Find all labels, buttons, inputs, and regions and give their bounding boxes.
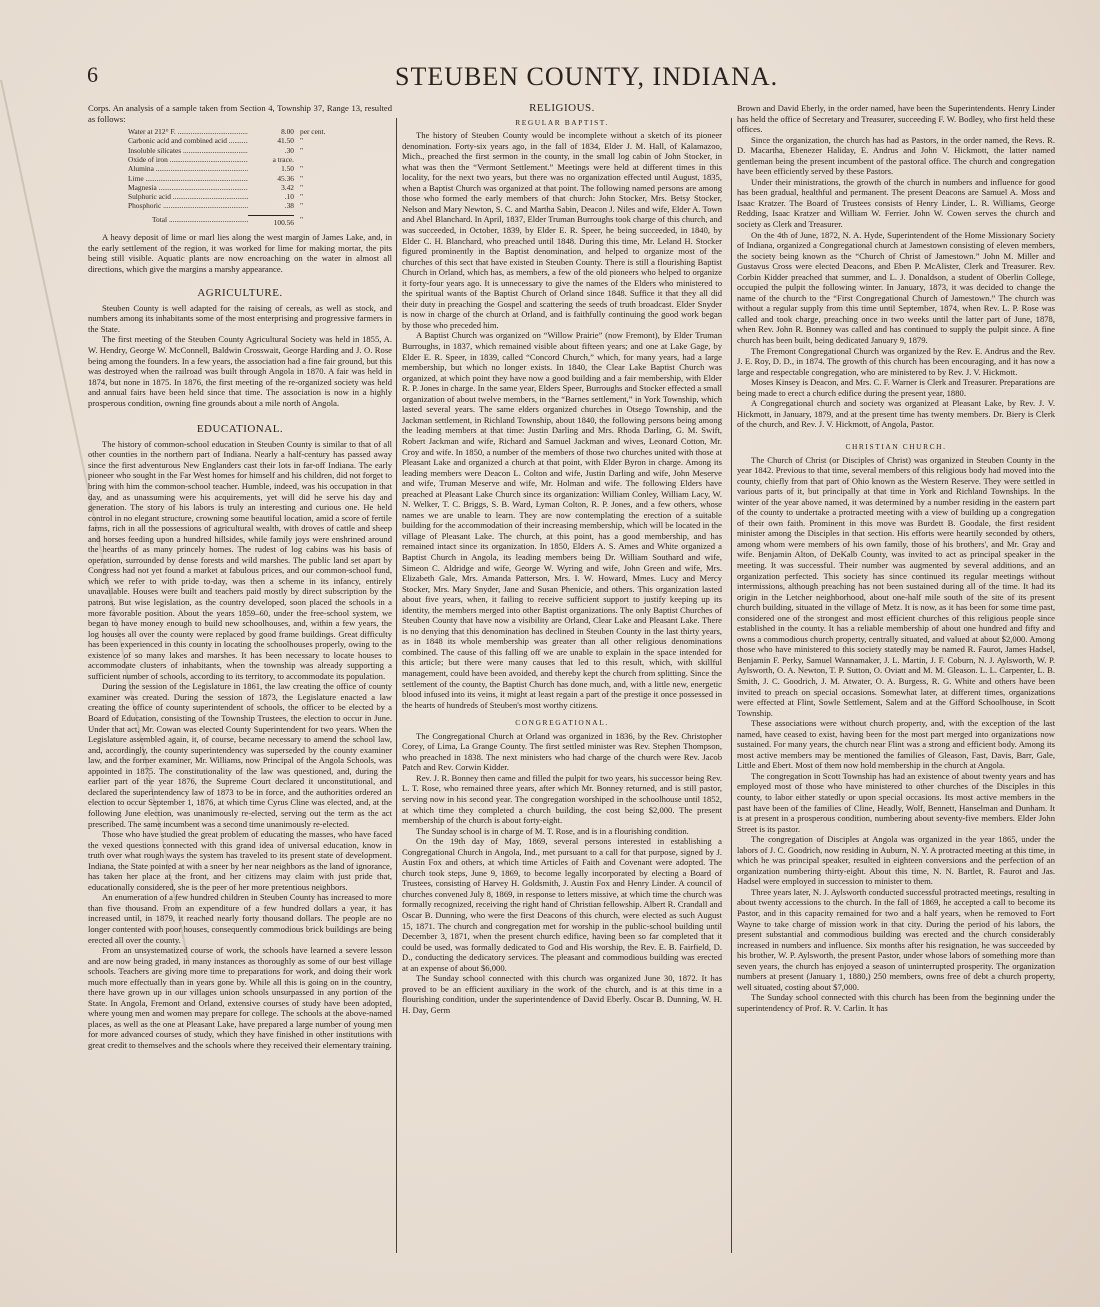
paragraph: The history of Steuben County would be i… — [402, 130, 722, 330]
paragraph: The Sunday school connected with this ch… — [737, 992, 1055, 1013]
paragraph: The Sunday school is in charge of M. T. … — [402, 826, 722, 837]
paragraph: The Fremont Congregational Church was or… — [737, 346, 1055, 378]
paragraph: On the 19th day of May, 1869, several pe… — [402, 836, 722, 973]
paragraph: From an unsystematized course of work, t… — [88, 945, 392, 1050]
paragraph: The congregation in Scott Township has h… — [737, 771, 1055, 834]
paragraph: A Congregational church and society was … — [737, 398, 1055, 430]
analysis-row: Magnesia3.42" — [128, 183, 338, 192]
paragraph: Those who have studied the great problem… — [88, 829, 392, 892]
paragraph: A heavy deposit of lime or marl lies alo… — [88, 232, 392, 274]
analysis-row: Insoluble silicates.30" — [128, 146, 338, 155]
analysis-row: Water at 212° F.8.00per cent. — [128, 127, 338, 136]
analysis-intro: Corps. An analysis of a sample taken fro… — [88, 103, 392, 124]
paragraph: Steuben County is well adapted for the r… — [88, 303, 392, 335]
subheading-regular-baptist: REGULAR BAPTIST. — [402, 118, 722, 129]
analysis-row: Phosphoric.38" — [128, 201, 338, 210]
paragraph: On the 4th of June, 1872, N. A. Hyde, Su… — [737, 230, 1055, 346]
left-column: Corps. An analysis of a sample taken fro… — [88, 103, 392, 1051]
book-page: 6 STEUBEN COUNTY, INDIANA. Corps. An ana… — [0, 0, 1100, 1307]
analysis-row: Lime45.36" — [128, 174, 338, 183]
paragraph: These associations were without church p… — [737, 718, 1055, 771]
paragraph: The history of common-school education i… — [88, 439, 392, 682]
section-heading-religious: RELIGIOUS. — [402, 103, 722, 114]
paragraph: Under their ministrations, the growth of… — [737, 177, 1055, 230]
column-divider — [396, 118, 397, 1253]
paragraph: Three years later, N. J. Aylsworth condu… — [737, 887, 1055, 992]
marl-analysis-table: Water at 212° F.8.00per cent. Carbonic a… — [128, 127, 338, 227]
paragraph: A Baptist Church was organized on “Willo… — [402, 330, 722, 710]
analysis-total-row: Total100.56" — [128, 215, 338, 227]
analysis-row: Alumina1.50" — [128, 164, 338, 173]
page-number: 6 — [87, 62, 98, 88]
analysis-row: Sulphuric acid.10" — [128, 192, 338, 201]
paragraph: The Congregational Church at Orland was … — [402, 731, 722, 773]
section-heading-educational: EDUCATIONAL. — [88, 424, 392, 435]
middle-column: RELIGIOUS. REGULAR BAPTIST. The history … — [402, 103, 722, 1015]
paragraph: The first meeting of the Steuben County … — [88, 334, 392, 408]
column-divider — [731, 118, 732, 1253]
section-heading-agriculture: AGRICULTURE. — [88, 288, 392, 299]
subheading-congregational: CONGREGATIONAL. — [402, 718, 722, 729]
paragraph: The Church of Christ (or Disciples of Ch… — [737, 455, 1055, 719]
paragraph: During the session of the Legislature in… — [88, 681, 392, 829]
paragraph: The Sunday school connected with this ch… — [402, 973, 722, 1015]
subheading-christian-church: CHRISTIAN CHURCH. — [737, 442, 1055, 453]
analysis-row: Carbonic acid and combined acid41.50" — [128, 136, 338, 145]
paragraph: Brown and David Eberly, in the order nam… — [737, 103, 1055, 135]
page-title: STEUBEN COUNTY, INDIANA. — [395, 62, 778, 92]
paragraph: Moses Kinsey is Deacon, and Mrs. C. F. W… — [737, 377, 1055, 398]
analysis-row: Oxide of irona trace. — [128, 155, 338, 164]
paragraph: An enumeration of a few hundred children… — [88, 892, 392, 945]
right-column: Brown and David Eberly, in the order nam… — [737, 103, 1055, 1013]
paragraph: Rev. J. R. Bonney then came and filled t… — [402, 773, 722, 826]
paragraph: The congregation of Disciples at Angola … — [737, 834, 1055, 887]
paragraph: Since the organization, the church has h… — [737, 135, 1055, 177]
